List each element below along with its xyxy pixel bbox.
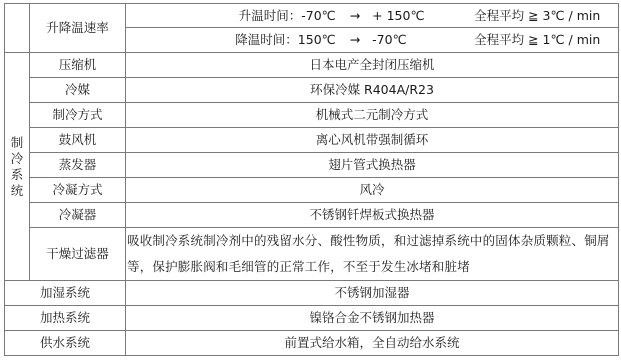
row-value: 不锈钢加湿器	[126, 281, 619, 306]
row-value: 离心风机带强制循环	[126, 128, 619, 153]
table-row: 冷媒 环保冷媒 R404A/R23	[5, 78, 619, 103]
row-label: 压缩机	[30, 53, 126, 78]
row-label: 蒸发器	[30, 153, 126, 178]
row-value: 前置式给水箱，全自动给水系统	[126, 331, 619, 356]
rate-group-blank	[5, 4, 30, 53]
table-row: 加湿系统 不锈钢加湿器	[5, 281, 619, 306]
row-label: 加湿系统	[5, 281, 126, 306]
heating-rate-cell: 升温时间：-70℃ → + 150℃ 全程平均 ≧ 3℃ / min	[126, 4, 619, 28]
row-label: 制冷方式	[30, 103, 126, 128]
row-value: 机械式二元制冷方式	[126, 103, 619, 128]
cooling-arrow: →	[340, 32, 360, 48]
row-value: 日本电产全封闭压缩机	[126, 53, 619, 78]
spec-table: 升降温速率 升温时间：-70℃ → + 150℃ 全程平均 ≧ 3℃ / min…	[4, 3, 619, 356]
heating-prefix: 升温时间：-70℃	[144, 8, 336, 24]
rate-row-heating: 升降温速率 升温时间：-70℃ → + 150℃ 全程平均 ≧ 3℃ / min	[5, 4, 619, 28]
row-value: 镍铬合金不锈钢加热器	[126, 306, 619, 331]
row-label: 冷媒	[30, 78, 126, 103]
row-label: 冷凝器	[30, 203, 126, 228]
row-label: 供水系统	[5, 331, 126, 356]
heating-average: 全程平均 ≧ 3℃ / min	[464, 8, 600, 24]
row-value: 翅片管式换热器	[126, 153, 619, 178]
cooling-rate-cell: 降温时间：150℃ → -70℃ 全程平均 ≧ 1℃ / min	[126, 28, 619, 53]
table-row: 蒸发器 翅片管式换热器	[5, 153, 619, 178]
row-value: 风冷	[126, 178, 619, 203]
cooling-target: -70℃	[364, 32, 460, 48]
table-row: 干燥过滤器 吸收制冷系统制冷剂中的残留水分、酸性物质，和过滤掉系统中的固体杂质颗…	[5, 228, 619, 281]
row-value: 不锈钢钎焊板式换热器	[126, 203, 619, 228]
row-value: 环保冷媒 R404A/R23	[126, 78, 619, 103]
heating-target: + 150℃	[364, 8, 460, 24]
table-row: 冷凝器 不锈钢钎焊板式换热器	[5, 203, 619, 228]
row-label: 冷凝方式	[30, 178, 126, 203]
row-value-description: 吸收制冷系统制冷剂中的残留水分、酸性物质，和过滤掉系统中的固体杂质颗粒、铜屑等，…	[126, 228, 619, 281]
table-row: 加热系统 镍铬合金不锈钢加热器	[5, 306, 619, 331]
table-row: 鼓风机 离心风机带强制循环	[5, 128, 619, 153]
table-row: 冷凝方式 风冷	[5, 178, 619, 203]
heating-arrow: →	[340, 8, 360, 24]
refrigeration-system-label: 制 冷 系 统	[5, 53, 30, 281]
table-row: 制 冷 系 统 压缩机 日本电产全封闭压缩机	[5, 53, 619, 78]
row-label: 干燥过滤器	[30, 228, 126, 281]
table-row: 供水系统 前置式给水箱，全自动给水系统	[5, 331, 619, 356]
row-label: 加热系统	[5, 306, 126, 331]
cooling-prefix: 降温时间：150℃	[144, 32, 336, 48]
table-row: 制冷方式 机械式二元制冷方式	[5, 103, 619, 128]
rate-label: 升降温速率	[30, 4, 126, 53]
row-label: 鼓风机	[30, 128, 126, 153]
cooling-average: 全程平均 ≧ 1℃ / min	[464, 32, 600, 48]
